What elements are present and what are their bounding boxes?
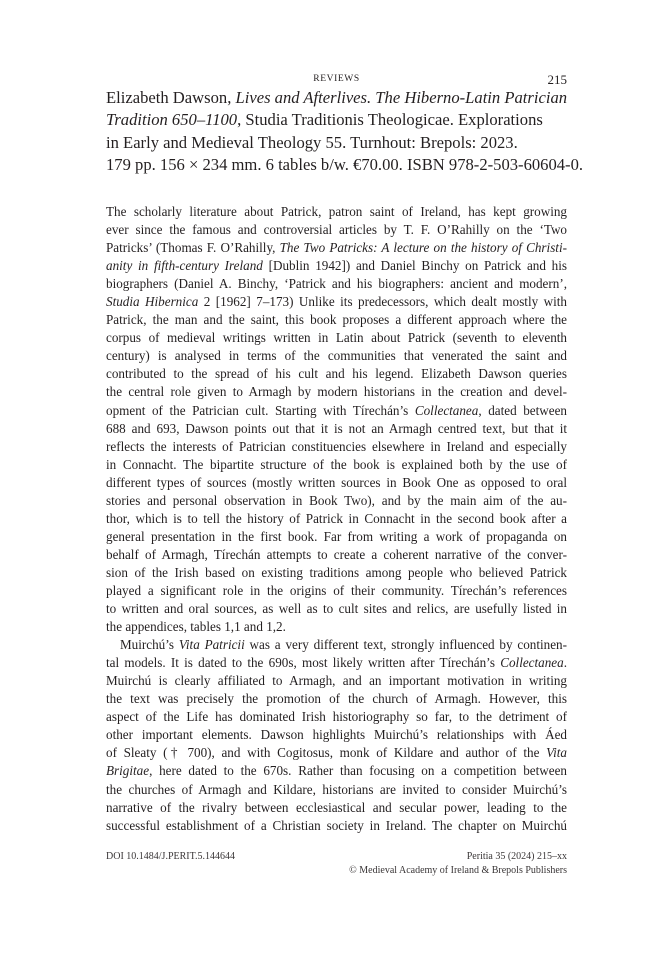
- body-line: the text was precisely the promotion of …: [106, 690, 567, 708]
- italic-text: Vita: [546, 745, 567, 760]
- text-run: general presentation in the first book. …: [106, 529, 567, 544]
- body-line: successful establishment of a Christian …: [106, 817, 567, 835]
- text-run: opment of the Patrician cult. Starting w…: [106, 403, 415, 418]
- doi-link[interactable]: DOI 10.1484/J.PERIT.5.144644: [106, 850, 235, 864]
- italic-text: Tradition 650–1100: [106, 110, 237, 129]
- citation-line: 179 pp. 156 × 234 mm. 6 tables b/w. €70.…: [106, 154, 567, 176]
- review-body: The scholarly literature about Patrick, …: [106, 203, 567, 835]
- text-run: 2 [1962] 7–173) Unlike its predecessors,…: [198, 294, 567, 309]
- body-line: of Sleaty († 700), and with Cogitosus, m…: [106, 744, 567, 762]
- body-line: Muirchú’s Vita Patricii was a very diffe…: [106, 636, 567, 654]
- body-line: century) is analysed in terms of the com…: [106, 347, 567, 365]
- text-run: thor, which is to tell the history of Pa…: [106, 511, 567, 526]
- text-run: biographers (Daniel A. Binchy, ‘Patrick …: [106, 276, 567, 291]
- text-run: Muirchú is clearly affiliated to Armagh,…: [106, 673, 567, 688]
- citation-line: Elizabeth Dawson, Lives and Afterlives. …: [106, 87, 567, 109]
- italic-text: Lives and Afterlives. The Hiberno-Latin …: [236, 88, 568, 107]
- text-run: in Early and Medieval Theology 55. Turnh…: [106, 133, 518, 152]
- text-run: sion of the Irish based on existing trad…: [106, 565, 567, 580]
- text-run: contributed to the spread of his cult an…: [106, 366, 567, 381]
- text-run: of Sleaty († 700), and with Cogitosus, m…: [106, 745, 546, 760]
- text-run: narrative of the rivalry between ecclesi…: [106, 800, 567, 815]
- journal-reference: Peritia 35 (2024) 215–xx: [467, 850, 567, 864]
- text-run: Elizabeth Dawson,: [106, 88, 236, 107]
- body-line: Patrick, the man and the saint, this boo…: [106, 311, 567, 329]
- text-run: , Studia Traditionis Theologicae. Explor…: [237, 110, 543, 129]
- text-run: , dated between: [478, 403, 567, 418]
- body-line: the central role given to Armagh by mode…: [106, 383, 567, 401]
- body-line: Studia Hibernica 2 [1962] 7–173) Unlike …: [106, 293, 567, 311]
- text-run: 688 and 693, Dawson points out that it i…: [106, 421, 567, 436]
- body-line: sion of the Irish based on existing trad…: [106, 564, 567, 582]
- text-run: Patrick, the man and the saint, this boo…: [106, 312, 567, 327]
- italic-text: The Two Patricks: A lecture on the histo…: [280, 240, 567, 255]
- text-run: Muirchú’s: [120, 637, 179, 652]
- running-head: REVIEWS 215: [106, 72, 567, 88]
- body-line: the churches of Armagh and Kildare, hist…: [106, 781, 567, 799]
- body-line: to written and oral sources, as well as …: [106, 600, 567, 618]
- body-line: biographers (Daniel A. Binchy, ‘Patrick …: [106, 275, 567, 293]
- body-line: behalf of Armagh, Tírechán attempts to c…: [106, 546, 567, 564]
- page-number: 215: [548, 72, 568, 88]
- body-line: Brigitae, here dated to the 670s. Rather…: [106, 762, 567, 780]
- text-run: other important elements. Dawson highlig…: [106, 727, 567, 742]
- body-line: anity in fifth-century Ireland [Dublin 1…: [106, 257, 567, 275]
- text-run: the text was precisely the promotion of …: [106, 691, 567, 706]
- body-line: reflects the interests of Patrician cons…: [106, 438, 567, 456]
- text-run: was a very different text, strongly infl…: [245, 637, 567, 652]
- body-line: opment of the Patrician cult. Starting w…: [106, 402, 567, 420]
- text-run: the appendices, tables 1,1 and 1,2.: [106, 619, 286, 634]
- body-line: The scholarly literature about Patrick, …: [106, 203, 567, 221]
- book-citation: Elizabeth Dawson, Lives and Afterlives. …: [106, 87, 567, 176]
- body-line: corpus of medieval writings written in L…: [106, 329, 567, 347]
- body-line: thor, which is to tell the history of Pa…: [106, 510, 567, 528]
- text-run: the churches of Armagh and Kildare, hist…: [106, 782, 567, 797]
- body-line: 688 and 693, Dawson points out that it i…: [106, 420, 567, 438]
- body-line: different types of sources (mostly writt…: [106, 474, 567, 492]
- body-line: tal models. It is dated to the 690s, mos…: [106, 654, 567, 672]
- body-line: general presentation in the first book. …: [106, 528, 567, 546]
- text-run: The scholarly literature about Patrick, …: [106, 204, 567, 219]
- text-run: played a significant role in the origins…: [106, 583, 567, 598]
- text-run: aspect of the Life has dominated Irish h…: [106, 709, 567, 724]
- body-line: in Connacht. The bipartite structure of …: [106, 456, 567, 474]
- text-run: reflects the interests of Patrician cons…: [106, 439, 567, 454]
- italic-text: anity in fifth-century Ireland: [106, 258, 263, 273]
- italic-text: Studia Hibernica: [106, 294, 198, 309]
- body-line: ever since the famous and controversial …: [106, 221, 567, 239]
- text-run: century) is analysed in terms of the com…: [106, 348, 567, 363]
- text-run: .: [564, 655, 567, 670]
- text-run: 179 pp. 156 × 234 mm. 6 tables b/w. €70.…: [106, 155, 583, 174]
- text-run: corpus of medieval writings written in L…: [106, 330, 567, 345]
- italic-text: Collectanea: [415, 403, 479, 418]
- body-line: aspect of the Life has dominated Irish h…: [106, 708, 567, 726]
- italic-text: Vita Patricii: [179, 637, 245, 652]
- text-run: in Connacht. The bipartite structure of …: [106, 457, 567, 472]
- body-line: stories and personal observation in Book…: [106, 492, 567, 510]
- copyright-notice: © Medieval Academy of Ireland & Brepols …: [349, 864, 567, 878]
- text-run: Patricks’ (Thomas F. O’Rahilly,: [106, 240, 280, 255]
- italic-text: Brigitae: [106, 763, 149, 778]
- body-line: Patricks’ (Thomas F. O’Rahilly, The Two …: [106, 239, 567, 257]
- body-line: Muirchú is clearly affiliated to Armagh,…: [106, 672, 567, 690]
- text-run: successful establishment of a Christian …: [106, 818, 567, 833]
- running-title: REVIEWS: [106, 74, 567, 84]
- text-run: ever since the famous and controversial …: [106, 222, 567, 237]
- text-run: behalf of Armagh, Tírechán attempts to c…: [106, 547, 567, 562]
- text-run: stories and personal observation in Book…: [106, 493, 567, 508]
- text-run: , here dated to the 670s. Rather than fo…: [149, 763, 567, 778]
- text-run: to written and oral sources, as well as …: [106, 601, 567, 616]
- text-run: different types of sources (mostly writt…: [106, 475, 567, 490]
- text-run: [Dublin 1942]) and Daniel Binchy on Patr…: [263, 258, 567, 273]
- italic-text: Collectanea: [500, 655, 564, 670]
- body-line: the appendices, tables 1,1 and 1,2.: [106, 618, 567, 636]
- text-run: tal models. It is dated to the 690s, mos…: [106, 655, 500, 670]
- body-line: contributed to the spread of his cult an…: [106, 365, 567, 383]
- citation-line: Tradition 650–1100, Studia Traditionis T…: [106, 109, 567, 131]
- citation-line: in Early and Medieval Theology 55. Turnh…: [106, 132, 567, 154]
- text-run: the central role given to Armagh by mode…: [106, 384, 567, 399]
- body-line: played a significant role in the origins…: [106, 582, 567, 600]
- body-line: narrative of the rivalry between ecclesi…: [106, 799, 567, 817]
- body-line: other important elements. Dawson highlig…: [106, 726, 567, 744]
